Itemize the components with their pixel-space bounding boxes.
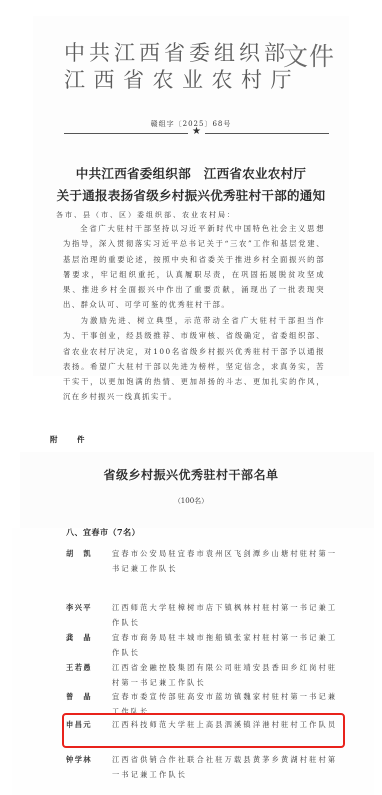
entry-name: 钟学林 — [66, 752, 102, 767]
red-highlight-box — [62, 713, 345, 748]
entry-name: 龚 晶 — [66, 630, 102, 645]
notice-title-line-1: 中共江西省委组织部 江西省农业农村厅 — [0, 164, 382, 182]
list-subtitle: （100名） — [0, 496, 382, 506]
entry-name: 曾 晶 — [66, 689, 102, 704]
entry-description: 江西师范大学驻樟树市店下镇枫林村驻村第一书记兼工作队长 — [112, 600, 346, 630]
notice-title-line-2: 关于通报表扬省级乡村振兴优秀驻村干部的通知 — [0, 186, 382, 204]
section-heading: 八、宜春市（7名） — [66, 527, 140, 538]
entry-description: 宜春市公安局驻宜春市袁州区飞剑潭乡山塘村驻村第一书记兼工作队长 — [112, 546, 346, 576]
star-icon: ★ — [192, 126, 201, 138]
list-title: 省级乡村振兴优秀驻村干部名单 — [0, 466, 382, 483]
document-number: 赣组字〔2025〕68号 — [0, 119, 382, 129]
header-issuer-2: 江西省农业农村厅 — [64, 64, 300, 94]
attachment-label: 附 件 — [50, 434, 91, 445]
paragraph-text: 为激励先进、树立典型，示范带动全省广大驻村干部担当作为、干事创业，经县级推荐、市… — [63, 316, 325, 401]
entry-name: 李兴平 — [66, 600, 102, 615]
header-wenjian: 文件 — [283, 37, 335, 73]
entry-name: 王若愚 — [66, 660, 102, 675]
body-paragraph-2: 为激励先进、树立典型，示范带动全省广大驻村干部担当作为、干事创业，经县级推荐、市… — [63, 313, 325, 405]
paragraph-text: 全省广大驻村干部坚持以习近平新时代中国特色社会主义思想为指导，深入贯彻落实习近平… — [63, 224, 325, 309]
header-divider-right — [205, 133, 329, 134]
header-divider-left — [64, 133, 188, 134]
salutation: 各市、县（市、区）委组织部、农业农村局： — [56, 210, 236, 220]
entry-description: 江西省供销合作社联合社驻万载县黄茅乡黄湖村驻村第一书记兼工作队长 — [112, 752, 346, 782]
entry-description: 江西省金融控股集团有限公司驻靖安县香田乡红岗村驻村第一书记兼工作队长 — [112, 660, 346, 690]
body-paragraph-1: 全省广大驻村干部坚持以习近平新时代中国特色社会主义思想为指导，深入贯彻落实习近平… — [63, 221, 325, 313]
entry-description: 宜春市商务局驻丰城市拖船镇张家村驻村第一书记兼工作队长 — [112, 630, 346, 660]
entry-name: 胡 凯 — [66, 546, 102, 561]
header-issuer-1: 中共江西省委组织部 — [64, 37, 289, 67]
